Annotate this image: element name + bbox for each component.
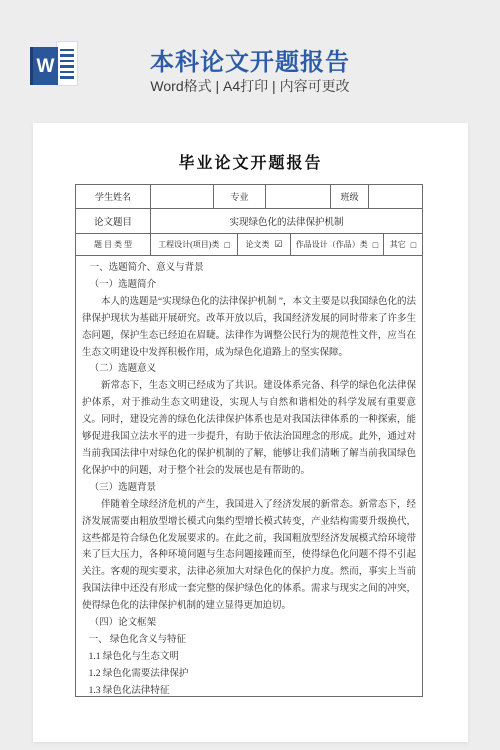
section-heading: 一、选题简介、意义与背景	[82, 260, 416, 277]
option-label: 其它	[390, 239, 406, 250]
paragraph: 伴随着全球经济危机的产生，我国进入了经济发展的新常态。新常态下，经济发展需要由粗…	[82, 497, 416, 615]
checkbox-checked-icon: ☑	[274, 239, 282, 250]
template-preview-page: W 本科论文开题报告 Word格式 | A4打印 | 内容可更改 毕业论文开题报…	[0, 0, 500, 750]
header: W 本科论文开题报告 Word格式 | A4打印 | 内容可更改	[0, 0, 500, 123]
checkbox-icon: □	[224, 240, 229, 250]
thesis-title-value-cell: 实现绿色化的法律保护机制	[151, 209, 423, 234]
student-name-value-cell	[151, 185, 214, 209]
table-row: 学生姓名 专业 班级	[76, 185, 423, 209]
section-heading: （三）选题背景	[82, 480, 416, 497]
topic-type-option-work-design: 作品设计（作品）类 □	[291, 234, 384, 256]
class-label-cell: 班级	[331, 185, 369, 209]
page-subtitle: Word格式 | A4打印 | 内容可更改	[0, 76, 500, 96]
table-row: 一、选题简介、意义与背景 （一）选题简介 本人的选题是“实现绿色化的法律保护机制…	[76, 256, 423, 697]
topic-type-label-cell: 题 目 类 型	[76, 234, 151, 256]
student-name-label-cell: 学生姓名	[76, 185, 151, 209]
paragraph: 新常态下，生态文明已经成为了共识。建设体系完备、科学的绿色化法律保护体系，对于推…	[82, 378, 416, 479]
body-section: 一、选题简介、意义与背景 （一）选题简介 本人的选题是“实现绿色化的法律保护机制…	[76, 256, 423, 697]
section-heading: （四）论文框架	[82, 615, 416, 632]
outline-item: 1.3 绿色化法律特征	[82, 683, 416, 700]
major-value-cell	[266, 185, 331, 209]
table-row: 题 目 类 型 工程设计(项目)类 □ 论文类 ☑ 作品设计（作品）类 □ 其它…	[76, 234, 423, 256]
option-label: 论文类	[245, 239, 269, 250]
section-heading: （二）选题意义	[82, 361, 416, 378]
checkbox-icon: □	[373, 240, 378, 250]
option-label: 工程设计(项目)类	[158, 239, 219, 250]
document-preview-page: 毕业论文开题报告 学生姓名 专业 班级 论文题目 实现绿色化的法律保护机制 题 …	[33, 123, 468, 742]
major-label-cell: 专业	[214, 185, 266, 209]
class-value-cell	[369, 185, 423, 209]
checkbox-icon: □	[411, 240, 416, 250]
outline-item: 一、 绿色化含义与特征	[82, 632, 416, 649]
thesis-title-label-cell: 论文题目	[76, 209, 151, 234]
page-title: 本科论文开题报告	[0, 42, 500, 77]
paragraph: 本人的选题是“实现绿色化的法律保护机制 ”，本文主要是以我国绿色化的法律保护现状…	[82, 294, 416, 362]
topic-type-option-thesis: 论文类 ☑	[238, 234, 291, 256]
topic-type-option-other: 其它 □	[384, 234, 423, 256]
topic-type-option-engineering: 工程设计(项目)类 □	[151, 234, 238, 256]
option-label: 作品设计（作品）类	[296, 239, 368, 250]
document-title: 毕业论文开题报告	[33, 150, 468, 173]
info-table: 学生姓名 专业 班级 论文题目 实现绿色化的法律保护机制 题 目 类 型 工程设…	[75, 184, 423, 697]
outline-item: 1.1 绿色化与生态文明	[82, 649, 416, 666]
table-row: 论文题目 实现绿色化的法律保护机制	[76, 209, 423, 234]
section-heading: （一）选题简介	[82, 277, 416, 294]
outline-item: 1.2 绿色化需要法律保护	[82, 666, 416, 683]
